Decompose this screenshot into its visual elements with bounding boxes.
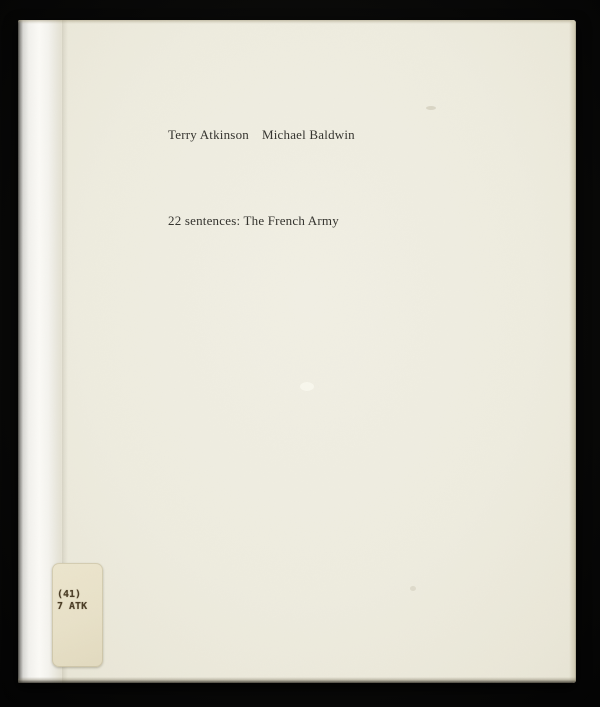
library-label-line1: (41) [57, 589, 103, 601]
paper-speck [426, 106, 436, 110]
page-edge-bottom [18, 677, 576, 683]
photo-background: Terry AtkinsonMichael Baldwin 22 sentenc… [0, 0, 600, 707]
page-edge-right [569, 20, 576, 683]
author-line: Terry AtkinsonMichael Baldwin [168, 127, 355, 143]
paper-speck [410, 586, 416, 591]
book-cover: Terry AtkinsonMichael Baldwin 22 sentenc… [18, 20, 576, 683]
library-label-line2: 7 ATK [57, 601, 103, 613]
page-edge-top [18, 20, 576, 24]
paper-speck [300, 382, 314, 391]
author-name-second: Michael Baldwin [262, 127, 355, 142]
author-name-first: Terry Atkinson [168, 127, 249, 142]
library-label: (41) 7 ATK [52, 563, 103, 667]
book-title: 22 sentences: The French Army [168, 213, 339, 229]
